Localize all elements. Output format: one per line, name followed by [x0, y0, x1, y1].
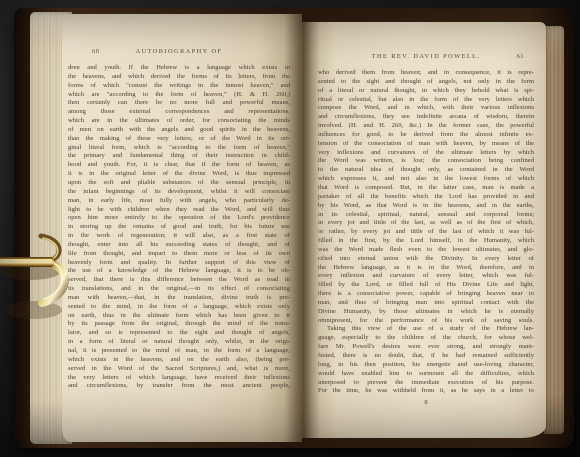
text-line: light to be with children when they read…	[68, 206, 290, 215]
text-line: the Hebrew language, as it is in the Wor…	[318, 264, 534, 273]
text-line: of a literal or natural thought, in whic…	[318, 87, 534, 96]
text-line: by his Word, as that Word is in the heav…	[318, 202, 534, 211]
text-line: fested, there is no doubt, that, if he h…	[318, 352, 534, 361]
text-line: then certainly can there be no more full…	[68, 99, 290, 108]
text-line: to the natural idea of thought only, as …	[318, 166, 534, 175]
text-line: Taking this view of the use of a study o…	[318, 325, 534, 334]
text-line: Divine Humanity, by those ultimates in w…	[318, 308, 534, 317]
text-line: compose the Word, and in which, with the…	[318, 104, 534, 113]
right-page-text: THE REV. DAVID POWELL. 61 who derived th…	[318, 53, 534, 406]
text-line: the very letters of which language, have…	[68, 374, 290, 383]
text-line: every inflexion and curvature of every l…	[318, 272, 534, 281]
text-line: filled in the first, by the Lord himself…	[318, 237, 534, 246]
text-line: or rather, by every jot and tittle of th…	[318, 228, 534, 237]
right-page-number: 61	[517, 53, 524, 60]
text-line: man with heaven,—that, in the translatio…	[68, 294, 290, 303]
text-line: dren and youth. If the Hebrew is a langu…	[68, 64, 290, 73]
text-line: nal, it is presented to the mind of man,…	[68, 347, 290, 356]
left-running-header: AUTOBIOGRAPHY OF	[68, 48, 290, 55]
text-line: in every jot and tittle of the last, as …	[318, 219, 534, 228]
text-line: life from thought, and impart to them mo…	[68, 250, 290, 259]
left-page-body: dren and youth. If the Hebrew is a langu…	[68, 64, 290, 391]
text-line: open him more entirely to the operation …	[68, 214, 290, 223]
text-line: served in the Word of the Sacred Scriptu…	[68, 365, 290, 374]
text-line: tension of the consociation of man with …	[318, 140, 534, 149]
text-line: it is in the original letter of the divi…	[68, 170, 290, 179]
text-line: omnipresent, for the performance of his …	[318, 317, 534, 326]
text-line: the use of a knowledge of the Hebrew lan…	[68, 267, 290, 276]
text-line: in a form of literal or natural thought …	[68, 338, 290, 347]
left-page-number: 60	[92, 48, 99, 55]
text-line: partaker of all the benefits which the L…	[318, 193, 534, 202]
text-line: by its passage from the original, throug…	[68, 320, 290, 329]
right-page-body: who derived them from heaven; and in con…	[318, 69, 534, 396]
book-photo-scene: 60 AUTOBIOGRAPHY OF dren and youth. If t…	[0, 0, 580, 457]
text-line: sented to the mind, in the form of a lan…	[68, 303, 290, 312]
text-line: its translations, and in the original,—i…	[68, 285, 290, 294]
signature-mark: 8	[318, 399, 534, 406]
text-line: among those external correspondences and…	[68, 108, 290, 117]
text-line: influences for good, to be derived from …	[318, 131, 534, 140]
text-line: hood and youth. For, it is clear, that i…	[68, 161, 290, 170]
text-line: rified into eternal union with the Divin…	[318, 255, 534, 264]
right-fore-edge-pages	[544, 26, 564, 434]
text-line: in the work of regeneration; it will als…	[68, 232, 290, 241]
text-line: man, and thus of bringing man into spiri…	[318, 299, 534, 308]
text-line: the heavens, and which derived the forms…	[68, 73, 290, 82]
text-line: which expresses it, and not also in the …	[318, 175, 534, 184]
text-line: which exists in the heavens, and on the …	[68, 356, 290, 365]
brass-page-clip-icon	[0, 226, 70, 326]
text-line: which are in the ultimates of order, for…	[68, 117, 290, 126]
text-line: guage, especially to the children of the…	[318, 334, 534, 343]
text-line: there is a consociative power, capable o…	[318, 290, 534, 299]
text-line: on earth, thus in the ultimate form whic…	[68, 312, 290, 321]
text-line: heavenly form and quality. In further su…	[68, 259, 290, 268]
text-line: ginal literal form, which is "according …	[68, 144, 290, 153]
left-page-header-row: 60 AUTOBIOGRAPHY OF	[68, 48, 290, 64]
text-line: the primary and fundamental thing of the…	[68, 152, 290, 161]
text-line: sented to the sight and thought of angel…	[318, 78, 534, 87]
text-line: which are "according to the form of heav…	[68, 91, 290, 100]
left-page-text: 60 AUTOBIOGRAPHY OF dren and youth. If t…	[68, 48, 290, 391]
text-line: fare Mr. Powell's desires were ever stro…	[318, 343, 534, 352]
text-line: upon the soft and pliable substances of …	[68, 179, 290, 188]
text-line: served, that there is this difference be…	[68, 276, 290, 285]
text-line: very inflexions and curvatures of the ul…	[318, 149, 534, 158]
text-line: For the time, he was withheld from it, a…	[318, 387, 534, 396]
text-line: the infant beginnings of its development…	[68, 188, 290, 197]
text-line: forms of which "consist the writings in …	[68, 82, 290, 91]
text-line: that Word is composed. But, in the latte…	[318, 184, 534, 193]
right-running-header: THE REV. DAVID POWELL.	[318, 53, 534, 60]
text-line: involved. (H. and H. 260, &c.) In the fo…	[318, 122, 534, 131]
text-line: who derived them from heaven; and in con…	[318, 69, 534, 78]
text-line: the Word was written, is lost; the conso…	[318, 157, 534, 166]
text-line: in storing up the remains of good and tr…	[68, 223, 290, 232]
text-line: would have enabled him to surmount all t…	[318, 370, 534, 379]
text-line: of men on earth with the angels and good…	[68, 126, 290, 135]
text-line: man, in early life, most fully with ange…	[68, 197, 290, 206]
right-page-header-row: THE REV. DAVID POWELL. 61	[318, 53, 534, 69]
text-line: filled by the Lord, or filled full of Hi…	[318, 281, 534, 290]
text-line: in its celestial, spiritual, natural, se…	[318, 211, 534, 220]
text-line: long, in his then position, his energeti…	[318, 361, 534, 370]
text-line: ritual or celestial, but also in the for…	[318, 96, 534, 105]
text-line: and circumflexions, they see indefinite …	[318, 113, 534, 122]
text-line: was the Word made flesh even to the lowe…	[318, 246, 534, 255]
text-line: and circumflexions, by transfer from the…	[68, 382, 290, 391]
text-line: thought, enter into all his succeeding s…	[68, 241, 290, 250]
text-line: lator, and so is represented to the sigh…	[68, 329, 290, 338]
text-line: interposed to prevent the immediate exec…	[318, 379, 534, 388]
text-line: than the making of these very letters, o…	[68, 135, 290, 144]
